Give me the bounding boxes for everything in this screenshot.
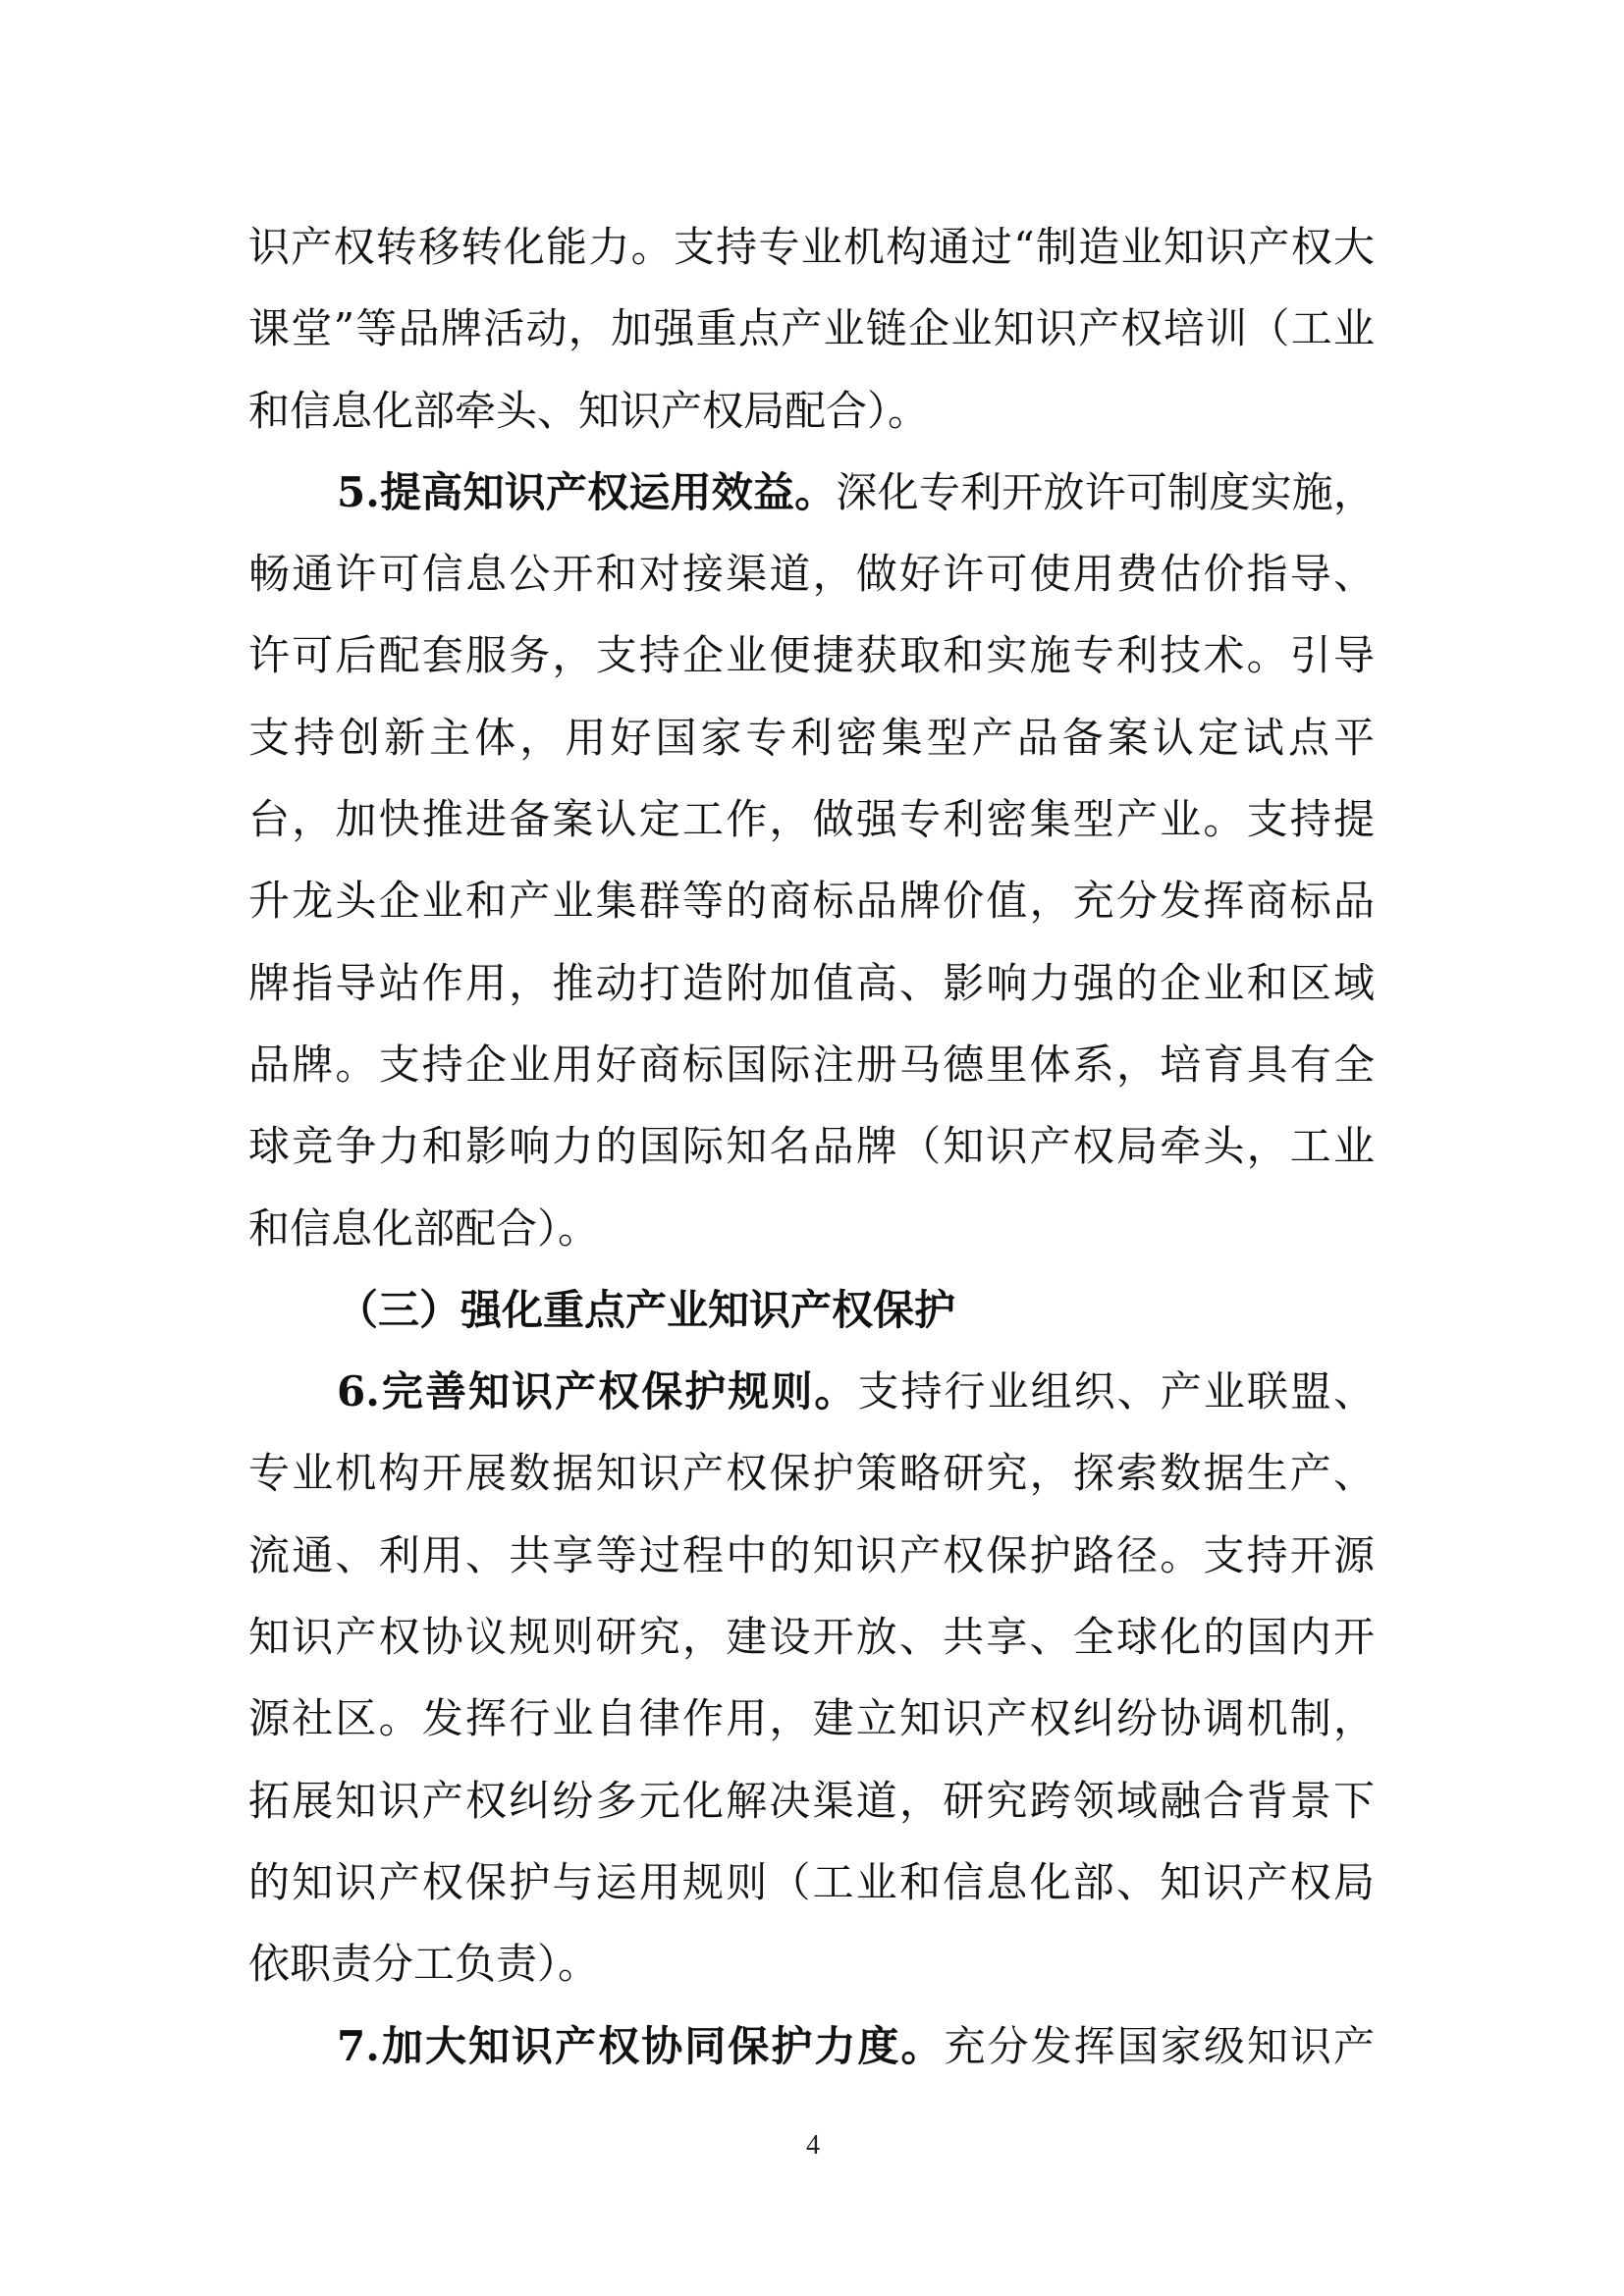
text-line: 和信息化部牵头、知识产权局配合）。 <box>248 370 1375 452</box>
item-5-first-line: 5.提高知识产权运用效益。深化专利开放许可制度实施， <box>248 452 1375 533</box>
text-line: 升龙头企业和产业集群等的商标品牌价值，充分发挥商标品 <box>248 860 1375 941</box>
item-5-title: 5.提高知识产权运用效益。 <box>337 468 836 516</box>
text-line: 畅通许可信息公开和对接渠道，做好许可使用费估价指导、 <box>248 533 1375 614</box>
item-6-title: 6.完善知识产权保护规则。 <box>337 1367 857 1415</box>
text-line: 品牌。支持企业用好商标国际注册马德里体系，培育具有全 <box>248 1024 1375 1105</box>
item-6-first-line: 6.完善知识产权保护规则。支持行业组织、产业联盟、 <box>248 1351 1375 1432</box>
text-line: 专业机构开展数据知识产权保护策略研究，探索数据生产、 <box>248 1432 1375 1514</box>
text-line: 拓展知识产权纠纷多元化解决渠道，研究跨领域融合背景下 <box>248 1760 1375 1842</box>
text-line: 知识产权协议规则研究，建设开放、共享、全球化的国内开 <box>248 1596 1375 1678</box>
text-line: 源社区。发挥行业自律作用，建立知识产权纠纷协调机制， <box>248 1678 1375 1759</box>
page-number: 4 <box>785 2130 840 2162</box>
text-line: 许可后配套服务，支持企业便捷获取和实施专利技术。引导 <box>248 614 1375 696</box>
text-line: 和信息化部配合）。 <box>248 1188 1375 1269</box>
item-7-first-line: 7.加大知识产权协同保护力度。充分发挥国家级知识产 <box>248 2005 1375 2087</box>
text-line: 的知识产权保护与运用规则（工业和信息化部、知识产权局 <box>248 1842 1375 1923</box>
item-7-title: 7.加大知识产权协同保护力度。 <box>337 2022 945 2070</box>
text-line: 流通、利用、共享等过程中的知识产权保护路径。支持开源 <box>248 1515 1375 1596</box>
text-line: 台，加快推进备案认定工作，做强专利密集型产业。支持提 <box>248 778 1375 860</box>
document-page: 识产权转移转化能力。支持专业机构通过“制造业知识产权大 课堂”等品牌活动，加强重… <box>0 0 1624 2296</box>
text-line: 支持创新主体，用好国家专利密集型产品备案认定试点平 <box>248 697 1375 778</box>
text-line: 识产权转移转化能力。支持专业机构通过“制造业知识产权大 <box>248 206 1375 288</box>
section-heading: （三）强化重点产业知识产权保护 <box>248 1269 1375 1351</box>
body-text: 识产权转移转化能力。支持专业机构通过“制造业知识产权大 课堂”等品牌活动，加强重… <box>248 206 1375 2087</box>
text-line: 牌指导站作用，推动打造附加值高、影响力强的企业和区域 <box>248 942 1375 1024</box>
text-line: 球竞争力和影响力的国际知名品牌（知识产权局牵头，工业 <box>248 1105 1375 1187</box>
text-line: 课堂”等品牌活动，加强重点产业链企业知识产权培训（工业 <box>248 288 1375 369</box>
text-line: 依职责分工负责）。 <box>248 1923 1375 2004</box>
